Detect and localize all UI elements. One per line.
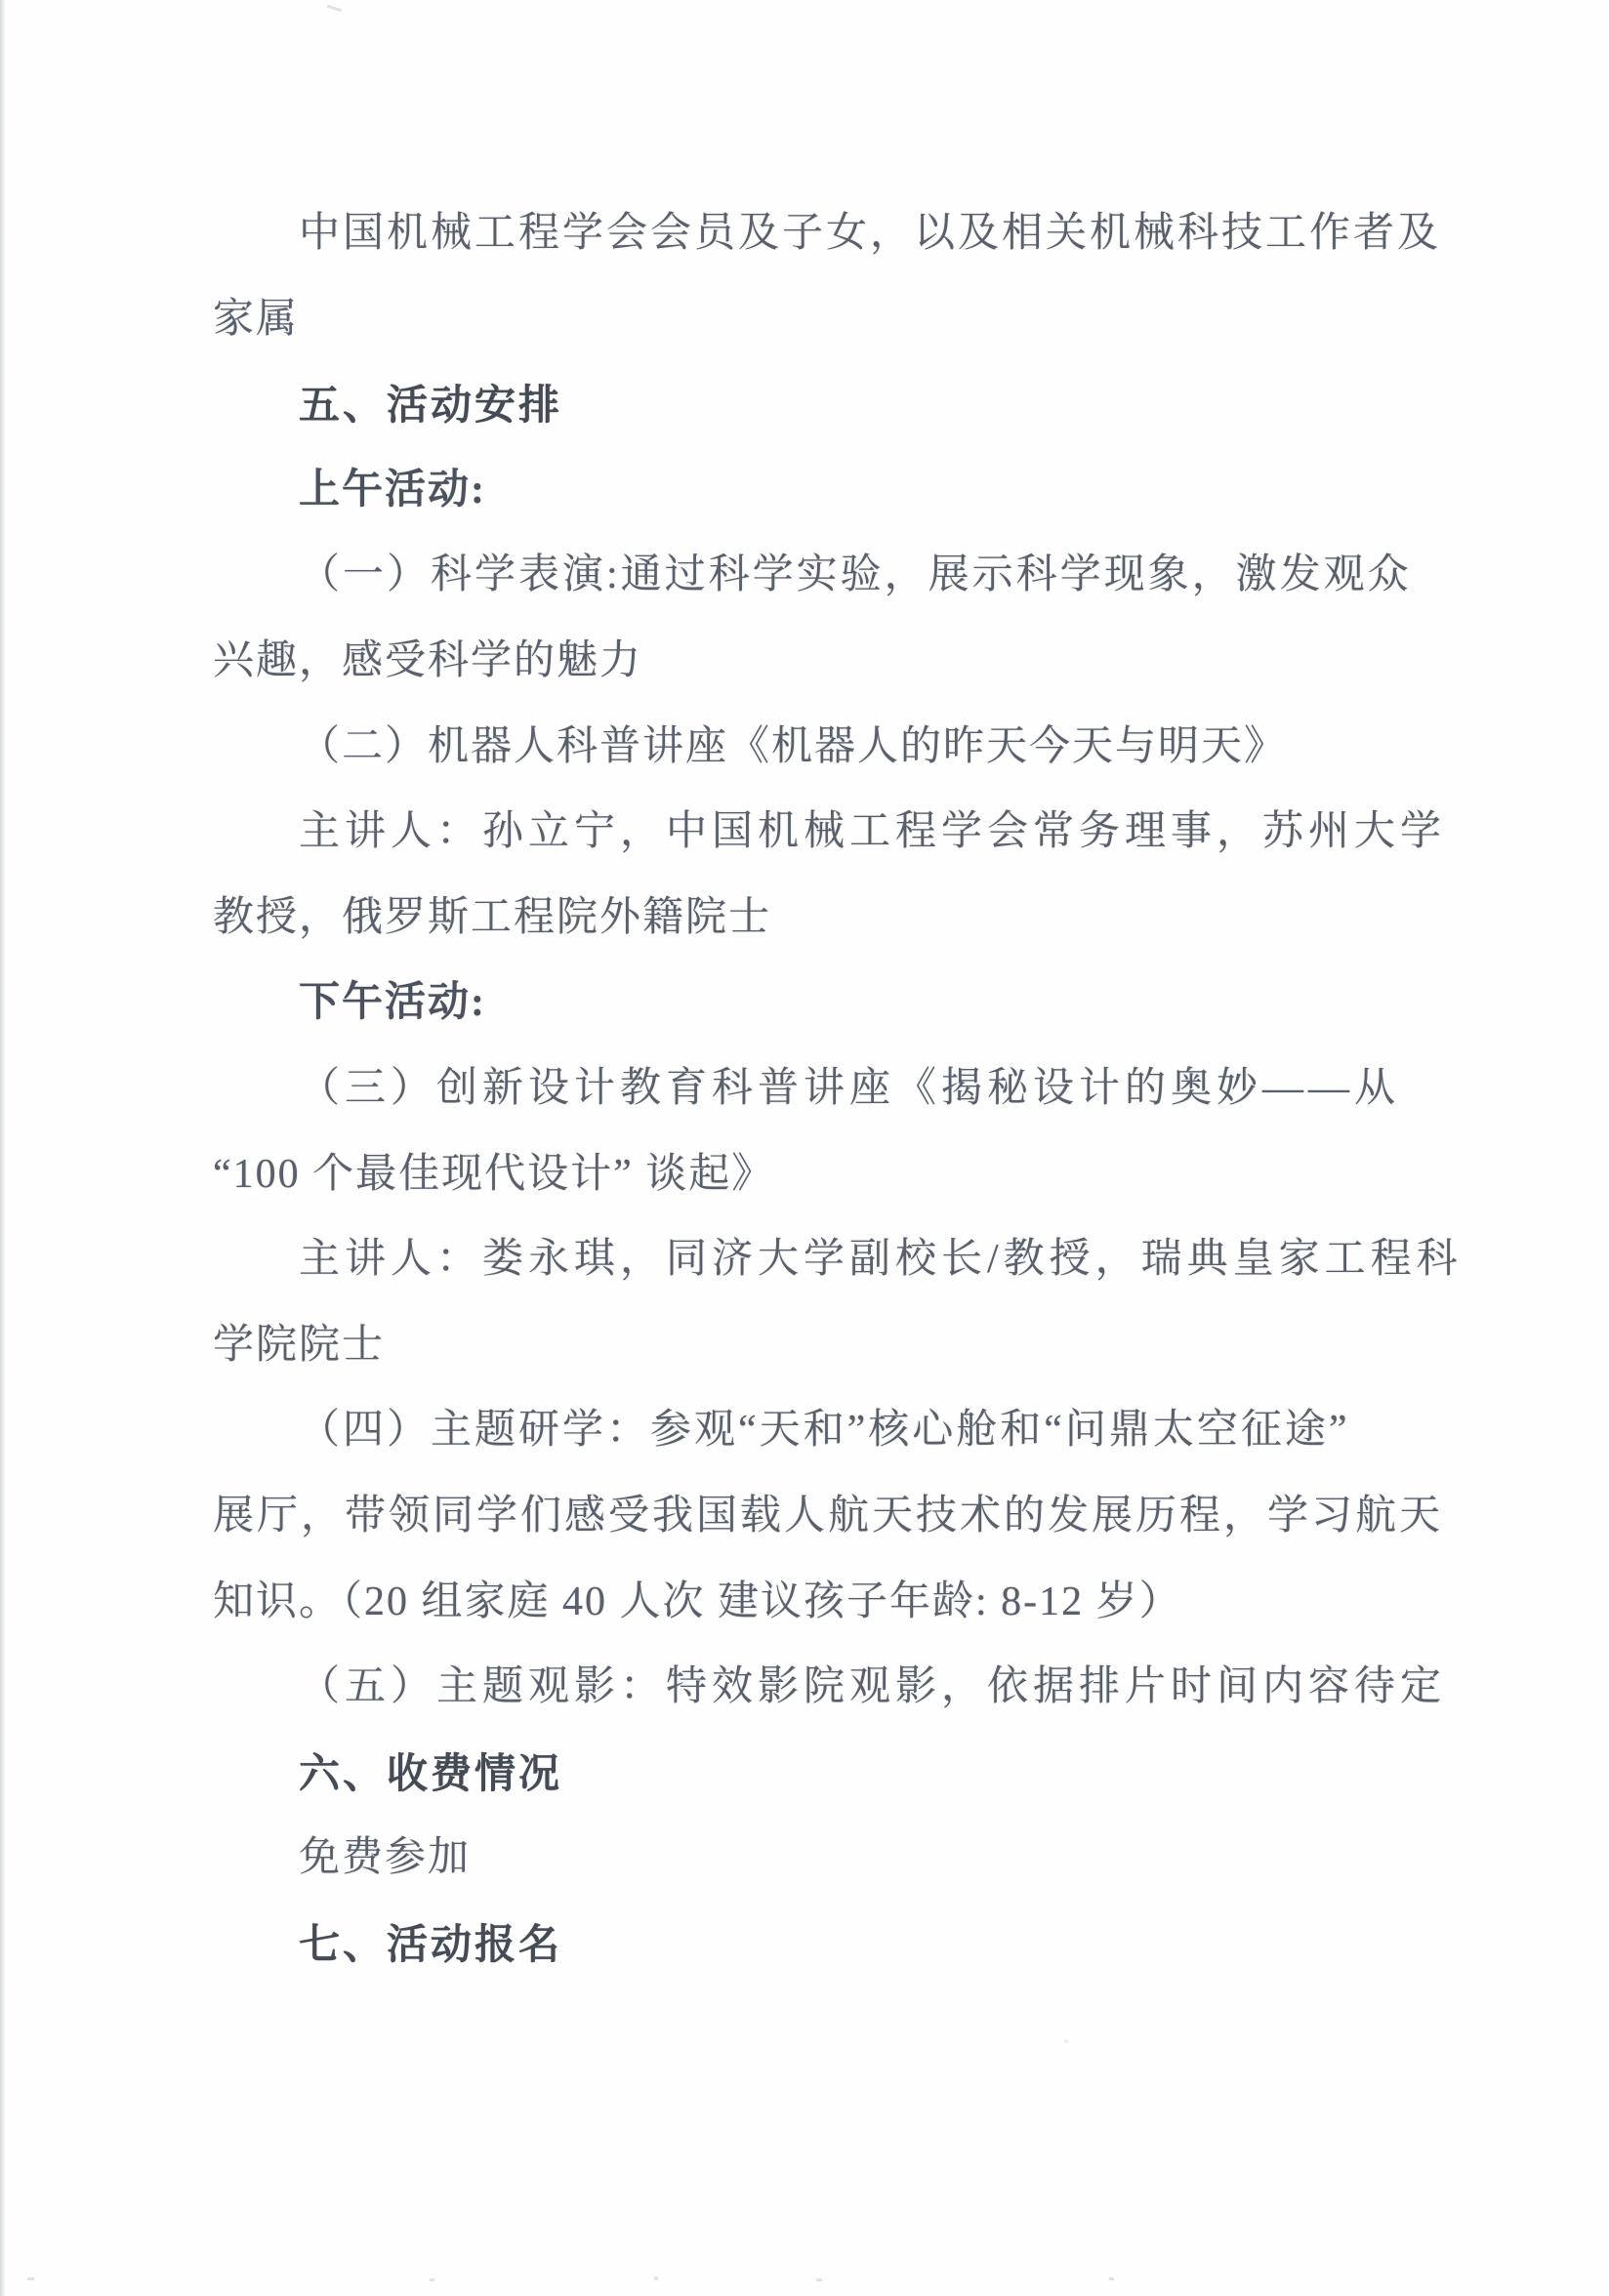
scan-speck: [1064, 2039, 1068, 2043]
document-page: 中国机械工程学会会员及子女，以及相关机械科技工作者及 家属 五、活动安排 上午活…: [0, 0, 1609, 2296]
scan-edge-shadow: [0, 0, 6, 2296]
heading-section-5: 五、活动安排: [213, 362, 1455, 448]
item-2-speaker-line-1: 主讲人：孙立宁，中国机械工程学会常务理事，苏州大学: [213, 790, 1455, 876]
item-4-study-tour-line-2: 展厅，带领同学们感受我国载人航天技术的发展历程，学习航天: [213, 1474, 1455, 1560]
fee-free-note: 免费参加: [213, 1816, 1455, 1902]
item-3-design-lecture-line-2: “100 个最佳现代设计” 谈起》: [213, 1132, 1455, 1218]
scan-speck: [654, 2276, 658, 2280]
paragraph-audience-wrap-1: 中国机械工程学会会员及子女，以及相关机械科技工作者及: [213, 191, 1455, 277]
scan-speck: [430, 2278, 434, 2281]
document-text-block: 中国机械工程学会会员及子女，以及相关机械科技工作者及 家属 五、活动安排 上午活…: [213, 191, 1455, 1987]
subheading-morning: 上午活动:: [213, 448, 1455, 534]
item-1-science-show-line-1: （一）科学表演:通过科学实验，展示科学现象，激发观众: [213, 533, 1455, 619]
scan-speck: [27, 2277, 34, 2280]
item-2-speaker-line-2: 教授，俄罗斯工程院外籍院士: [213, 876, 1455, 962]
heading-section-6: 六、收费情况: [213, 1731, 1455, 1817]
item-3-speaker-line-2: 学院院士: [213, 1303, 1455, 1389]
scan-speck: [327, 5, 342, 12]
item-2-robot-lecture: （二）机器人科普讲座《机器人的昨天今天与明天》: [213, 705, 1455, 791]
item-5-movie: （五）主题观影：特效影院观影，依据排片时间内容待定: [213, 1645, 1455, 1731]
item-1-science-show-line-2: 兴趣，感受科学的魅力: [213, 619, 1455, 705]
scan-speck: [1109, 2277, 1114, 2280]
item-4-study-tour-line-3: 知识。（20 组家庭 40 人次 建议孩子年龄: 8-12 岁）: [213, 1560, 1455, 1646]
paragraph-audience-wrap-2: 家属: [213, 277, 1455, 363]
item-3-speaker-line-1: 主讲人：娄永琪，同济大学副校长/教授，瑞典皇家工程科: [213, 1217, 1455, 1303]
scan-speck: [816, 2278, 822, 2281]
item-3-design-lecture-line-1: （三）创新设计教育科普讲座《揭秘设计的奥妙——从: [213, 1046, 1455, 1132]
heading-section-7: 七、活动报名: [213, 1902, 1455, 1988]
subheading-afternoon: 下午活动:: [213, 961, 1455, 1046]
item-4-study-tour-line-1: （四）主题研学：参观“天和”核心舱和“问鼎太空征途”: [213, 1388, 1455, 1474]
